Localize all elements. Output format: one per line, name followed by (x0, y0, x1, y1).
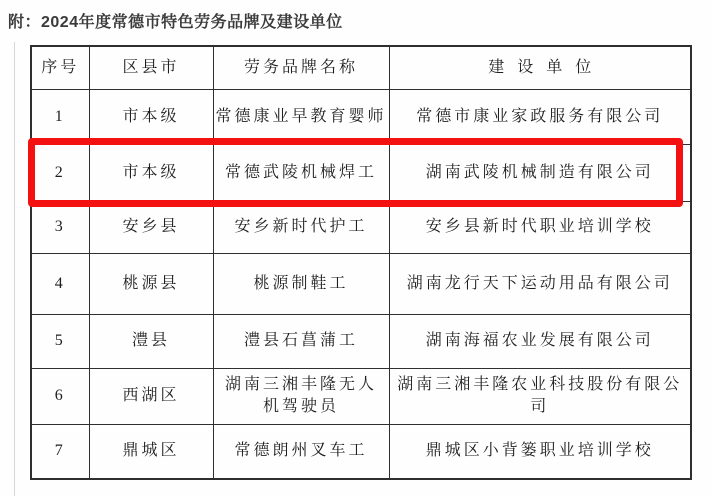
col-header-index: 序号 (31, 46, 89, 89)
table-row: 4 桃源县 桃源制鞋工 湖南龙行天下运动用品有限公司 (31, 253, 691, 314)
cell-unit: 常德市康业家政服务有限公司 (389, 89, 691, 144)
page-edge-line (14, 42, 15, 496)
table-row: 6 西湖区 湖南三湘丰隆无人 机驾驶员 湖南三湘丰隆农业科技股份有限公 司 (31, 368, 691, 424)
cell-brand: 常德武陵机械焊工 (213, 144, 389, 201)
cell-unit: 湖南海福农业发展有限公司 (389, 314, 691, 368)
cell-district: 安乡县 (89, 201, 213, 253)
cell-index: 7 (31, 424, 89, 479)
cell-index: 1 (31, 89, 89, 144)
table-row-highlighted: 2 市本级 常德武陵机械焊工 湖南武陵机械制造有限公司 (31, 144, 691, 201)
cell-brand: 常德朗州叉车工 (213, 424, 389, 479)
labor-brands-table: 序号 区县市 劳务品牌名称 建设单位 1 市本级 常德康业早教育婴师 常德市康业… (30, 45, 692, 480)
document-page: 附：2024年度常德市特色劳务品牌及建设单位 序号 区县市 劳务品牌名称 建设单… (0, 0, 711, 496)
cell-index: 5 (31, 314, 89, 368)
cell-brand: 澧县石菖蒲工 (213, 314, 389, 368)
cell-unit: 湖南三湘丰隆农业科技股份有限公 司 (389, 368, 691, 424)
cell-unit: 湖南龙行天下运动用品有限公司 (389, 253, 691, 314)
cell-brand: 湖南三湘丰隆无人 机驾驶员 (213, 368, 389, 424)
col-header-unit: 建设单位 (389, 46, 691, 89)
cell-index: 3 (31, 201, 89, 253)
header-row: 序号 区县市 劳务品牌名称 建设单位 (31, 46, 691, 89)
table-row: 5 澧县 澧县石菖蒲工 湖南海福农业发展有限公司 (31, 314, 691, 368)
cell-index: 2 (31, 144, 89, 201)
cell-district: 市本级 (89, 89, 213, 144)
cell-unit: 湖南武陵机械制造有限公司 (389, 144, 691, 201)
table-row: 3 安乡县 安乡新时代护工 安乡县新时代职业培训学校 (31, 201, 691, 253)
cell-unit: 鼎城区小背篓职业培训学校 (389, 424, 691, 479)
table-row: 1 市本级 常德康业早教育婴师 常德市康业家政服务有限公司 (31, 89, 691, 144)
cell-district: 桃源县 (89, 253, 213, 314)
cell-district: 鼎城区 (89, 424, 213, 479)
cell-brand: 安乡新时代护工 (213, 201, 389, 253)
cell-district: 西湖区 (89, 368, 213, 424)
col-header-district: 区县市 (89, 46, 213, 89)
cell-brand: 常德康业早教育婴师 (213, 89, 389, 144)
cell-index: 4 (31, 253, 89, 314)
col-header-brand: 劳务品牌名称 (213, 46, 389, 89)
table-row: 7 鼎城区 常德朗州叉车工 鼎城区小背篓职业培训学校 (31, 424, 691, 479)
cell-brand: 桃源制鞋工 (213, 253, 389, 314)
page-title: 附：2024年度常德市特色劳务品牌及建设单位 (8, 9, 343, 32)
cell-index: 6 (31, 368, 89, 424)
cell-district: 市本级 (89, 144, 213, 201)
cell-district: 澧县 (89, 314, 213, 368)
cell-unit: 安乡县新时代职业培训学校 (389, 201, 691, 253)
